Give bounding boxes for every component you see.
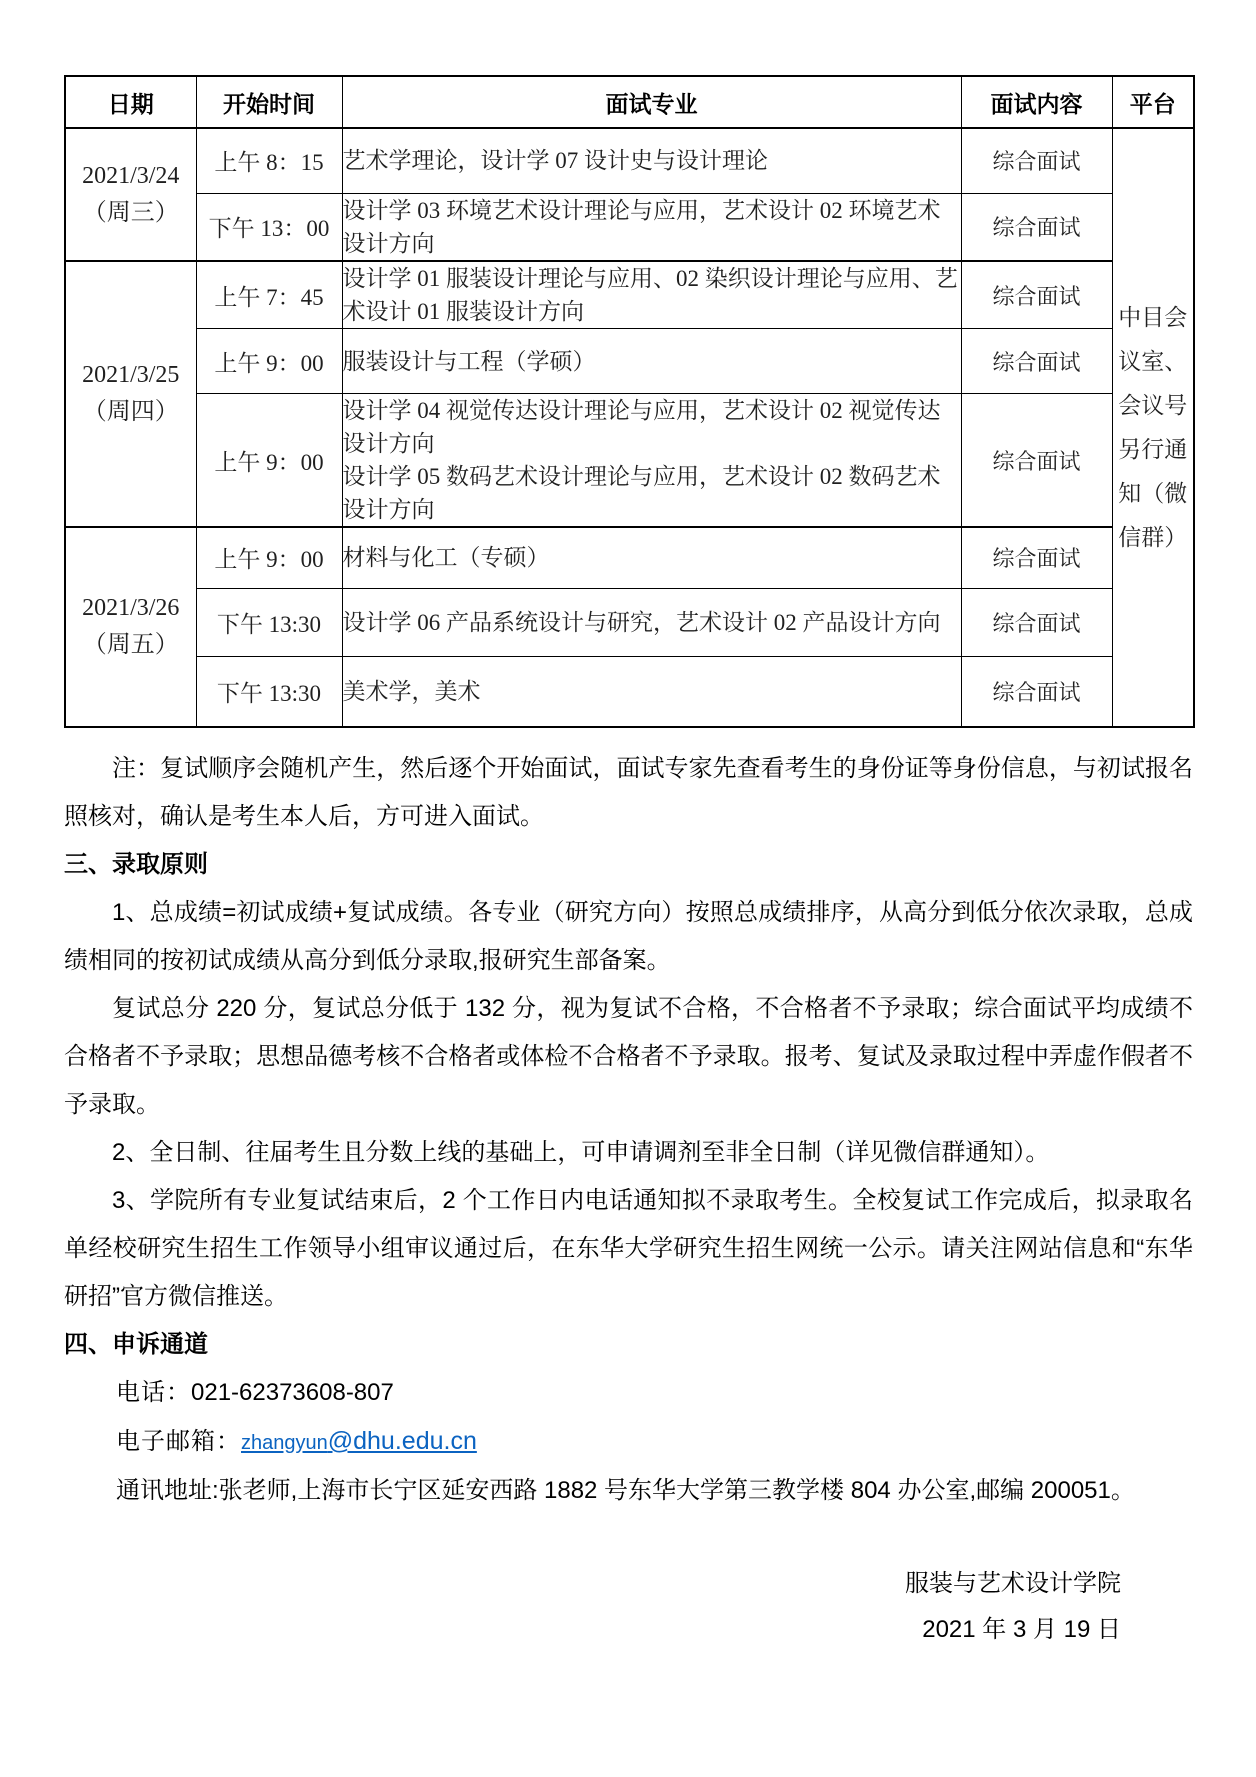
- phone-number: 021-62373608-807: [191, 1379, 394, 1406]
- time-cell: 上午 8：15: [196, 128, 342, 193]
- phone-line: 电话：021-62373608-807: [64, 1369, 1193, 1417]
- content-cell: 综合面试: [961, 527, 1112, 588]
- weekday-text: （周三）: [66, 195, 196, 232]
- email-link[interactable]: zhangyun@dhu.edu.cn: [241, 1428, 477, 1455]
- table-header-row: 日期 开始时间 面试专业 面试内容 平台: [65, 76, 1194, 128]
- signature-date: 2021 年 3 月 19 日: [64, 1607, 1121, 1653]
- date-cell-0325: 2021/3/25 （周四）: [65, 261, 196, 527]
- table-row: 下午 13:30 设计学 06 产品系统设计与研究，艺术设计 02 产品设计方向…: [65, 588, 1194, 656]
- interview-schedule-section: 日期 开始时间 面试专业 面试内容 平台 2021/3/24 （周三） 上午 8…: [0, 0, 1256, 728]
- date-cell-0324: 2021/3/24 （周三）: [65, 128, 196, 261]
- document-body: 注：复试顺序会随机产生，然后逐个开始面试，面试专家先查看考生的身份证等身份信息，…: [64, 745, 1193, 1653]
- header-start-time: 开始时间: [196, 76, 342, 128]
- major-cell: 设计学 01 服装设计理论与应用、02 染织设计理论与应用、艺术设计 01 服装…: [342, 261, 961, 329]
- content-cell: 综合面试: [961, 193, 1112, 261]
- table-row: 2021/3/24 （周三） 上午 8：15 艺术学理论，设计学 07 设计史与…: [65, 128, 1194, 193]
- major-text: 设计学 03 环境艺术设计理论与应用，艺术设计 02 环境艺术设计方向: [343, 194, 961, 260]
- major-text: 设计学 05 数码艺术设计理论与应用，艺术设计 02 数码艺术设计方向: [343, 460, 961, 526]
- major-text: 材料与化工（专硕）: [343, 541, 961, 574]
- major-text: 设计学 04 视觉传达设计理论与应用，艺术设计 02 视觉传达设计方向: [343, 394, 961, 460]
- admission-paragraph: 1、总成绩=初试成绩+复试成绩。各专业（研究方向）按照总成绩排序，从高分到低分依…: [64, 889, 1193, 985]
- content-cell: 综合面试: [961, 329, 1112, 394]
- time-cell: 下午 13:30: [196, 588, 342, 656]
- section-heading-admission: 三、录取原则: [64, 841, 1193, 889]
- table-row: 上午 9：00 设计学 04 视觉传达设计理论与应用，艺术设计 02 视觉传达设…: [65, 394, 1194, 528]
- platform-cell: 中目会议室、会议号另行通知（微信群）: [1112, 128, 1194, 727]
- table-row: 下午 13：00 设计学 03 环境艺术设计理论与应用，艺术设计 02 环境艺术…: [65, 193, 1194, 261]
- table-row: 下午 13:30 美术学，美术 综合面试: [65, 656, 1194, 727]
- time-cell: 上午 9：00: [196, 329, 342, 394]
- document-page: 日期 开始时间 面试专业 面试内容 平台 2021/3/24 （周三） 上午 8…: [0, 0, 1256, 1777]
- header-content: 面试内容: [961, 76, 1112, 128]
- email-user-part[interactable]: zhangyun: [241, 1432, 328, 1454]
- header-platform: 平台: [1112, 76, 1194, 128]
- content-cell: 综合面试: [961, 656, 1112, 727]
- date-text: 2021/3/26: [66, 590, 196, 627]
- table-row: 2021/3/25 （周四） 上午 7：45 设计学 01 服装设计理论与应用、…: [65, 261, 1194, 329]
- content-cell: 综合面试: [961, 588, 1112, 656]
- admission-paragraph: 3、学院所有专业复试结束后，2 个工作日内电话通知拟不录取考生。全校复试工作完成…: [64, 1177, 1193, 1321]
- note-paragraph: 注：复试顺序会随机产生，然后逐个开始面试，面试专家先查看考生的身份证等身份信息，…: [64, 745, 1193, 841]
- major-text: 艺术学理论，设计学 07 设计史与设计理论: [343, 144, 961, 177]
- admission-paragraph: 复试总分 220 分，复试总分低于 132 分，视为复试不合格，不合格者不予录取…: [64, 985, 1193, 1129]
- content-cell: 综合面试: [961, 261, 1112, 329]
- phone-label: 电话：: [116, 1379, 191, 1406]
- interview-schedule-table: 日期 开始时间 面试专业 面试内容 平台 2021/3/24 （周三） 上午 8…: [64, 75, 1195, 728]
- major-text: 设计学 01 服装设计理论与应用、02 染织设计理论与应用、艺术设计 01 服装…: [343, 262, 961, 328]
- email-label: 电子邮箱：: [116, 1428, 241, 1455]
- header-major: 面试专业: [342, 76, 961, 128]
- date-text: 2021/3/24: [66, 158, 196, 195]
- major-cell: 美术学，美术: [342, 656, 961, 727]
- content-cell: 综合面试: [961, 394, 1112, 528]
- signature-department: 服装与艺术设计学院: [64, 1561, 1121, 1607]
- content-cell: 综合面试: [961, 128, 1112, 193]
- major-cell: 设计学 06 产品系统设计与研究，艺术设计 02 产品设计方向: [342, 588, 961, 656]
- email-domain-part[interactable]: @dhu.edu.cn: [328, 1427, 477, 1455]
- header-date: 日期: [65, 76, 196, 128]
- date-text: 2021/3/25: [66, 357, 196, 394]
- time-cell: 上午 7：45: [196, 261, 342, 329]
- time-cell: 下午 13:30: [196, 656, 342, 727]
- table-row: 2021/3/26 （周五） 上午 9：00 材料与化工（专硕） 综合面试: [65, 527, 1194, 588]
- major-text: 美术学，美术: [343, 675, 961, 708]
- signature-block: 服装与艺术设计学院 2021 年 3 月 19 日: [64, 1561, 1193, 1653]
- admission-paragraph: 2、全日制、往届考生且分数上线的基础上，可申请调剂至非全日制（详见微信群通知）。: [64, 1129, 1193, 1177]
- weekday-text: （周四）: [66, 394, 196, 431]
- section-heading-appeal: 四、申诉通道: [64, 1321, 1193, 1369]
- major-cell: 设计学 03 环境艺术设计理论与应用，艺术设计 02 环境艺术设计方向: [342, 193, 961, 261]
- table-row: 上午 9：00 服装设计与工程（学硕） 综合面试: [65, 329, 1194, 394]
- major-text: 服装设计与工程（学硕）: [343, 345, 961, 378]
- major-cell: 服装设计与工程（学硕）: [342, 329, 961, 394]
- weekday-text: （周五）: [66, 627, 196, 664]
- major-text: 设计学 06 产品系统设计与研究，艺术设计 02 产品设计方向: [343, 606, 961, 639]
- time-cell: 上午 9：00: [196, 527, 342, 588]
- time-cell: 下午 13：00: [196, 193, 342, 261]
- major-cell: 设计学 04 视觉传达设计理论与应用，艺术设计 02 视觉传达设计方向 设计学 …: [342, 394, 961, 528]
- time-cell: 上午 9：00: [196, 394, 342, 528]
- address-line: 通讯地址:张老师,上海市长宁区延安西路 1882 号东华大学第三教学楼 804 …: [64, 1467, 1193, 1515]
- major-cell: 材料与化工（专硕）: [342, 527, 961, 588]
- email-line: 电子邮箱：zhangyun@dhu.edu.cn: [64, 1417, 1193, 1467]
- major-cell: 艺术学理论，设计学 07 设计史与设计理论: [342, 128, 961, 193]
- date-cell-0326: 2021/3/26 （周五）: [65, 527, 196, 727]
